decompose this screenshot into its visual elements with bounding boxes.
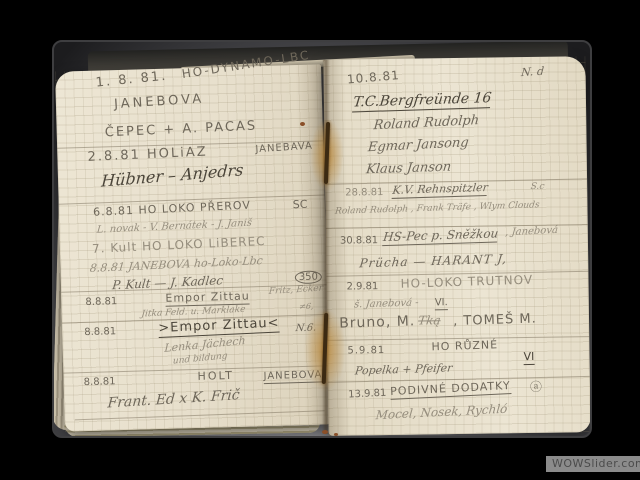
rust-speck	[322, 430, 328, 434]
rust-speck	[300, 122, 305, 126]
handwriting-fragment: JANEBOVA	[114, 92, 205, 112]
wowslider-watermark[interactable]: WOWSlider.com	[546, 456, 640, 472]
handwriting-fragment: Frant. Ed x K. Frič	[107, 388, 240, 412]
handwriting-fragment: VI.	[435, 297, 448, 310]
left-page: 1. 8. 81.HO-DYNAMO-LBCJANEBOVAČEPEC + A.…	[55, 64, 331, 431]
handwriting-fragment: 2.9.81	[346, 281, 378, 292]
handwriting-fragment: Roland Rudolph , Frank Träfe , Wlym Clou…	[334, 201, 540, 217]
handwriting-fragment: und bildung	[173, 352, 228, 367]
handwriting-fragment: Prücha — HARANT J,	[359, 253, 508, 271]
handwriting-fragment: Lenka Jächech	[164, 335, 246, 355]
handwriting-fragment: PODIVNÉ DODATKY	[390, 380, 511, 400]
handwriting-fragment: 7. Kult HO LOKO LiBEREC	[92, 235, 266, 256]
handwriting-fragment: HS-Pec p. Sněžkou	[382, 227, 499, 246]
handwriting-fragment: 8.8.81	[84, 326, 116, 338]
handwriting-fragment: Popelka + Pfeifer	[354, 362, 453, 377]
handwriting-fragment: HO-LOKO TRUTNOV	[400, 274, 533, 291]
handwriting-fragment: š. Janebová -	[354, 297, 420, 310]
ruled-line	[75, 410, 325, 420]
handwriting-fragment: VI	[523, 351, 534, 365]
handwriting-fragment: HO RŮZNÉ	[431, 339, 498, 353]
handwriting-fragment: T.C.Bergfreünde 16	[352, 91, 492, 113]
notebook-photo: 1. 8. 81.HO-DYNAMO-LBCJANEBOVAČEPEC + A.…	[52, 40, 592, 438]
handwriting-fragment: Hübner – Anjedrs	[101, 161, 244, 190]
handwriting-fragment: Roland Rudolph	[373, 114, 480, 134]
handwriting-fragment: L. novak - V. Bernátek - J. Janiš	[96, 218, 252, 236]
handwriting-fragment: 350	[295, 270, 322, 284]
handwriting-fragment: 5.9.81	[347, 345, 385, 357]
handwriting-fragment: HOLT	[197, 370, 234, 383]
handwriting-fragment: 2.8.81 HOLiAZ	[87, 145, 208, 165]
rust-speck	[334, 433, 338, 436]
handwriting-fragment: 13.9.81	[348, 388, 387, 401]
stitch-stain-top	[310, 118, 344, 192]
handwriting-fragment: ČEPEC + A. PACAS	[105, 120, 258, 141]
handwriting-fragment: , Janebová	[505, 225, 559, 239]
handwriting-fragment: 8.8.81	[84, 376, 116, 388]
stitch-stain-bottom	[304, 308, 346, 392]
handwriting-fragment: Klaus Janson	[365, 161, 452, 178]
handwriting-fragment: Mocel, Nosek, Rychló	[375, 403, 508, 423]
handwriting-fragment: 30.8.81	[340, 235, 378, 247]
right-page: 10.8.81N. dT.C.Bergfreünde 16Roland Rudo…	[323, 56, 590, 436]
handwriting-fragment: Tką	[417, 314, 441, 328]
handwriting-fragment: 1. 8. 81.	[95, 70, 168, 91]
handwriting-fragment: , TOMEŠ M.	[453, 312, 537, 329]
handwriting-fragment: ⓐ	[530, 381, 542, 394]
handwriting-fragment: 8.8.81	[85, 296, 117, 308]
handwriting-fragment: 10.8.81	[347, 69, 401, 87]
handwriting-fragment: N. d	[521, 66, 545, 80]
handwriting-fragment: 28.8.81	[345, 187, 383, 199]
handwriting-fragment: K.V. Rehnspitzler	[392, 182, 489, 199]
handwriting-fragment: 8.8.81 JANEBOVA ho-Loko-Lbc	[89, 255, 263, 275]
handwriting-fragment: Egmar Jansong	[367, 136, 469, 155]
handwriting-fragment: Bruno, M.	[339, 314, 416, 332]
handwriting-fragment: SC	[293, 199, 308, 211]
handwriting-fragment: S.c	[530, 183, 545, 193]
